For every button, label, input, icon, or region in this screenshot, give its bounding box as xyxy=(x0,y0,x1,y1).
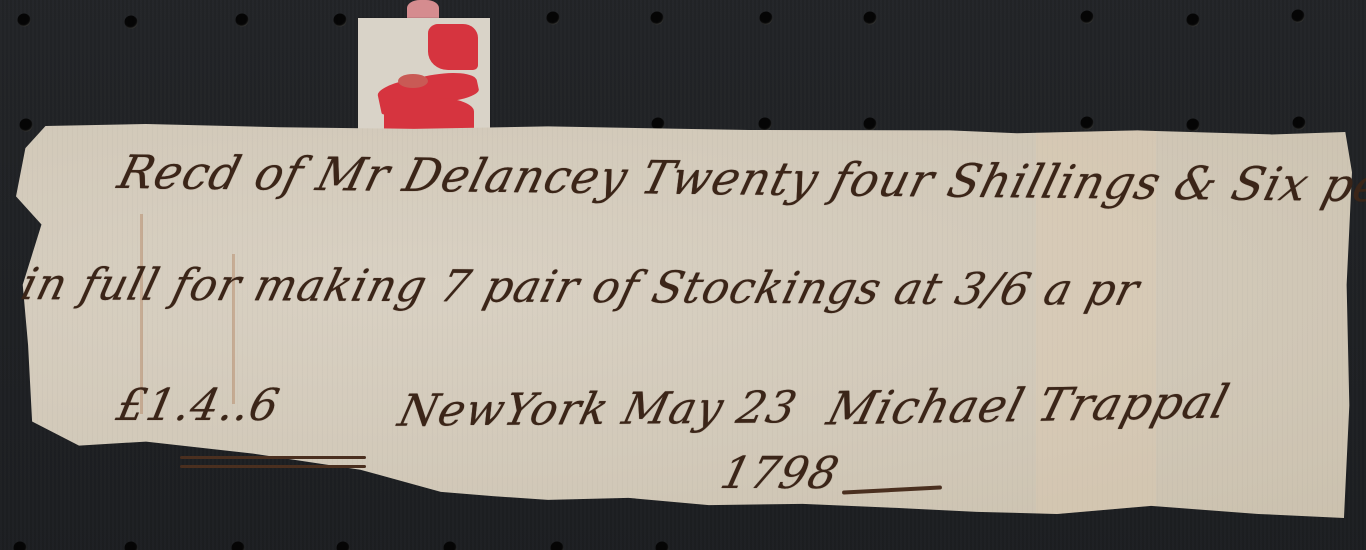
wax-seal-tab xyxy=(358,18,490,130)
punch-hole xyxy=(1187,14,1200,27)
punch-hole xyxy=(337,542,350,550)
punch-hole xyxy=(125,16,138,29)
wax-seal-fragment xyxy=(428,24,478,70)
punch-hole xyxy=(18,14,31,27)
punch-hole xyxy=(1187,119,1200,132)
receipt-line-2: in full for making 7 pair of Stockings a… xyxy=(16,259,1145,316)
punch-hole xyxy=(864,12,877,25)
wax-seal-remnant xyxy=(407,0,439,20)
punch-hole xyxy=(444,542,457,550)
punch-hole xyxy=(759,118,772,131)
wax-seal-fragment xyxy=(398,74,428,88)
punch-hole xyxy=(864,118,877,131)
amount-underline xyxy=(180,456,366,459)
punch-hole xyxy=(20,119,33,132)
punch-hole xyxy=(14,542,27,550)
punch-hole xyxy=(1292,10,1305,23)
punch-hole xyxy=(651,12,664,25)
punch-hole xyxy=(236,14,249,27)
punch-hole xyxy=(125,542,138,550)
amount-underline xyxy=(180,465,366,468)
punch-hole xyxy=(232,542,245,550)
receipt-amount: £1.4..6 xyxy=(113,380,285,431)
receipt-place-date: NewYork May 23 xyxy=(393,382,802,436)
receipt-date: May 23 xyxy=(618,382,803,435)
wax-seal-fragment xyxy=(384,98,474,130)
punch-hole xyxy=(760,12,773,25)
punch-hole xyxy=(547,12,560,25)
receipt-year: 1798 xyxy=(716,448,845,499)
punch-hole xyxy=(551,542,564,550)
signature: Michael Trappal xyxy=(822,375,1236,436)
punch-hole xyxy=(334,14,347,27)
receipt-place: NewYork xyxy=(393,384,614,437)
punch-hole xyxy=(656,542,669,550)
punch-hole xyxy=(1081,11,1094,24)
punch-hole xyxy=(1293,117,1306,130)
punch-hole xyxy=(1081,117,1094,130)
